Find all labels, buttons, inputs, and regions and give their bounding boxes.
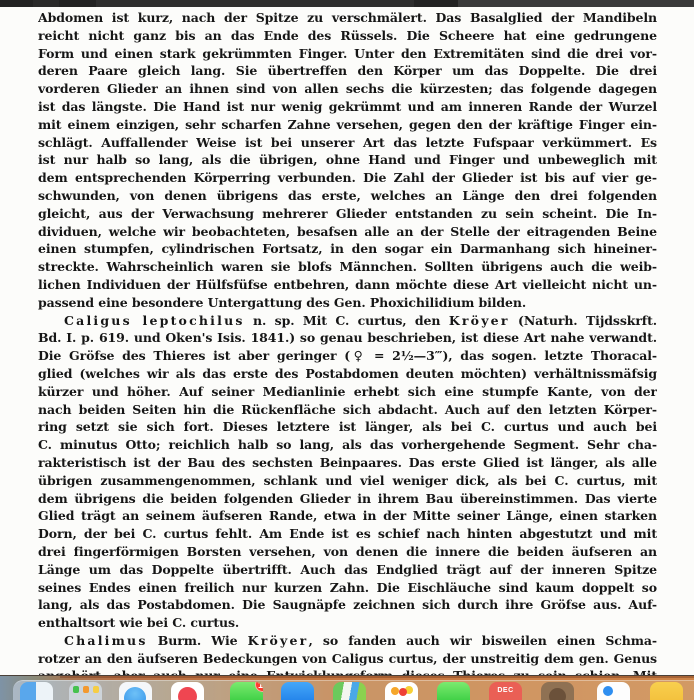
- text-run: streckte. Wahrscheinlich waren sie blofs…: [38, 259, 657, 274]
- text-run: Form und einen stark gekrümmten Finger. …: [38, 46, 657, 61]
- text-line: seines Endes einen freilich nur kurzen Z…: [38, 579, 657, 597]
- text-line: mit einem einzigen, sehr scharfen Zahne …: [38, 116, 657, 134]
- paragraph: Abdomen ist kurz, nach der Spitze zu ver…: [38, 9, 657, 312]
- text-line: deren Paare gleich lang. Sie übertreffen…: [38, 62, 657, 80]
- text-run: dem übrigens die beiden folgenden Gliede…: [38, 491, 657, 506]
- text-line: Glied trägt an seinem äufseren Rande, et…: [38, 507, 657, 525]
- text-line: Dorn, der bei C. curtus fehlt. Am Ende i…: [38, 525, 657, 543]
- text-line: lang, als das Postabdomen. Die Saugnäpfe…: [38, 596, 657, 614]
- text-line: reicht nicht ganz bis an das Ende des Rü…: [38, 27, 657, 45]
- text-line: gleicht, aus der Verwachsung mehrerer Gl…: [38, 205, 657, 223]
- text-line: ist das längste. Die Hand ist nur wenig …: [38, 98, 657, 116]
- notification-badge: 10: [255, 682, 263, 692]
- text-line: Caligus leptochilus n. sp. Mit C. curtus…: [38, 312, 657, 330]
- dock-icon-calendar[interactable]: DEC: [489, 682, 522, 700]
- active-tab-segment[interactable]: [458, 0, 694, 7]
- text-line: angehört, aber auch nur eine Entwicklung…: [38, 667, 657, 676]
- text-line: Länge um das Doppelte übertrifft. Auch d…: [38, 561, 657, 579]
- dock-icon-launchpad[interactable]: [69, 682, 102, 700]
- text-run: lang, als das Postabdomen. Die Saugnäpfe…: [38, 597, 657, 612]
- text-run: rakteristisch ist der Bau des sechsten B…: [38, 455, 657, 470]
- text-run: schwunden, von denen übrigens das erste,…: [38, 188, 657, 203]
- text-line: ring setzt sie sich fort. Dieses letzter…: [38, 418, 657, 436]
- text-run: ring setzt sie sich fort. Dieses letzter…: [38, 419, 657, 434]
- text-run: einen stumpfen, cylindrischen Fortsatz, …: [38, 241, 657, 256]
- text-run: gleicht, aus der Verwachsung mehrerer Gl…: [38, 206, 657, 221]
- text-run: dividuen, welche wir beobachteten, besaf…: [38, 224, 657, 239]
- text-run: C. minutus Otto; reichlich halb so lang,…: [38, 437, 657, 452]
- text-run: angehört, aber auch nur eine Entwicklung…: [38, 668, 657, 676]
- dock-icon-photos[interactable]: [385, 682, 418, 700]
- dock-icon-messages[interactable]: 10: [230, 682, 263, 700]
- text-run: drei fingerförmigen Borsten versehen, vo…: [38, 544, 657, 559]
- text-line: vorderen Glieder an ihnen sind von allen…: [38, 80, 657, 98]
- text-line: schlägt. Auffallender Weise ist bei unse…: [38, 134, 657, 152]
- text-line: ist nur halb so lang, als die übrigen, o…: [38, 151, 657, 169]
- text-line: Form und einen stark gekrümmten Finger. …: [38, 45, 657, 63]
- paragraph: Chalimus Burm. Wie Kröyer, so fanden auc…: [38, 632, 657, 676]
- tab-segment[interactable]: [33, 0, 59, 7]
- dock-icon-mail[interactable]: [281, 682, 314, 700]
- spaced-term: Kröyer: [248, 633, 309, 648]
- text-run: glied (welches wir als das erste des Pos…: [38, 366, 657, 381]
- text-line: enthaltsort wie bei C. curtus.: [38, 614, 657, 632]
- document-text: Abdomen ist kurz, nach der Spitze zu ver…: [0, 7, 694, 676]
- tab-segment[interactable]: [96, 0, 414, 7]
- text-run: , so fanden auch wir bisweilen einen Sch…: [308, 633, 657, 648]
- text-line: streckte. Wahrscheinlich waren sie blofs…: [38, 258, 657, 276]
- text-line: Bd. I. p. 619. und Oken's Isis. 1841.) s…: [38, 329, 657, 347]
- text-line: dem entsprechenden Körperring verbunden.…: [38, 169, 657, 187]
- text-line: rakteristisch ist der Bau des sechsten B…: [38, 454, 657, 472]
- spaced-term: Kröyer: [449, 313, 510, 328]
- text-run: n. sp. Mit C. curtus, den: [245, 313, 449, 328]
- text-line: schwunden, von denen übrigens das erste,…: [38, 187, 657, 205]
- dock-icon-maps[interactable]: [333, 682, 366, 700]
- text-run: Glied trägt an seinem äufseren Rande, et…: [38, 508, 657, 523]
- text-line: lichen Individuen der Hülfsfüfse entbehr…: [38, 276, 657, 294]
- text-run: enthaltsort wie bei C. curtus.: [38, 615, 239, 630]
- text-line: einen stumpfen, cylindrischen Fortsatz, …: [38, 240, 657, 258]
- text-run: reicht nicht ganz bis an das Ende des Rü…: [38, 28, 657, 43]
- text-run: rotzer an den äufseren Bedeckungen von C…: [38, 651, 657, 666]
- text-line: glied (welches wir als das erste des Pos…: [38, 365, 657, 383]
- text-run: ist das längste. Die Hand ist nur wenig …: [38, 99, 657, 114]
- dock-icon-appstore[interactable]: [597, 682, 630, 700]
- text-run: Bd. I. p. 619. und Oken's Isis. 1841.) s…: [38, 330, 657, 345]
- text-run: Die Gröfse des Thieres ist aber geringer…: [38, 348, 657, 363]
- text-run: Länge um das Doppelte übertrifft. Auch d…: [38, 562, 657, 577]
- scanned-document-page: Abdomen ist kurz, nach der Spitze zu ver…: [0, 7, 694, 676]
- text-run: Burm. Wie: [148, 633, 248, 648]
- text-run: deren Paare gleich lang. Sie übertreffen…: [38, 63, 657, 78]
- text-run: schlägt. Auffallender Weise ist bei unse…: [38, 135, 657, 150]
- text-line: nach beiden Seiten hin die Rückenfläche …: [38, 401, 657, 419]
- text-run: vorderen Glieder an ihnen sind von allen…: [38, 81, 657, 96]
- text-run: lichen Individuen der Hülfsfüfse entbehr…: [38, 277, 657, 292]
- spaced-term: Caligus leptochilus: [64, 313, 245, 328]
- text-run: übrigen zusammengenommen, schlank und vi…: [38, 473, 657, 488]
- text-run: Dorn, der bei C. curtus fehlt. Am Ende i…: [38, 526, 657, 541]
- text-line: Abdomen ist kurz, nach der Spitze zu ver…: [38, 9, 657, 27]
- text-line: kürzer und höher. Auf seiner Medianlinie…: [38, 383, 657, 401]
- text-line: passend eine besondere Untergattung des …: [38, 294, 657, 312]
- text-run: nach beiden Seiten hin die Rückenfläche …: [38, 402, 657, 417]
- text-run: passend eine besondere Untergattung des …: [38, 295, 526, 310]
- text-run: Abdomen ist kurz, nach der Spitze zu ver…: [38, 10, 657, 25]
- text-run: kürzer und höher. Auf seiner Medianlinie…: [38, 384, 657, 399]
- text-line: drei fingerförmigen Borsten versehen, vo…: [38, 543, 657, 561]
- text-run: mit einem einzigen, sehr scharfen Zahne …: [38, 117, 657, 132]
- paragraph: Caligus leptochilus n. sp. Mit C. curtus…: [38, 312, 657, 632]
- text-line: rotzer an den äufseren Bedeckungen von C…: [38, 650, 657, 668]
- browser-tab-bar[interactable]: [0, 0, 694, 7]
- dock-icon-finder[interactable]: [20, 682, 53, 700]
- text-line: C. minutus Otto; reichlich halb so lang,…: [38, 436, 657, 454]
- text-run: seines Endes einen freilich nur kurzen Z…: [38, 580, 657, 595]
- dock-icon-photobooth[interactable]: [541, 682, 574, 700]
- text-line: dem übrigens die beiden folgenden Gliede…: [38, 490, 657, 508]
- dock-icon-safari[interactable]: [119, 682, 152, 700]
- spaced-term: Chalimus: [64, 633, 148, 648]
- text-line: übrigen zusammengenommen, schlank und vi…: [38, 472, 657, 490]
- dock-icon-music[interactable]: [171, 682, 204, 700]
- text-run: dem entsprechenden Körperring verbunden.…: [38, 170, 657, 185]
- text-run: ist nur halb so lang, als die übrigen, o…: [38, 152, 657, 167]
- dock-icon-facetime[interactable]: [437, 682, 470, 700]
- dock-icon-notes[interactable]: [650, 682, 683, 700]
- text-line: Die Gröfse des Thieres ist aber geringer…: [38, 347, 657, 365]
- text-line: dividuen, welche wir beobachteten, besaf…: [38, 223, 657, 241]
- text-run: (Naturh. Tijdsskrft.: [510, 313, 657, 328]
- text-line: Chalimus Burm. Wie Kröyer, so fanden auc…: [38, 632, 657, 650]
